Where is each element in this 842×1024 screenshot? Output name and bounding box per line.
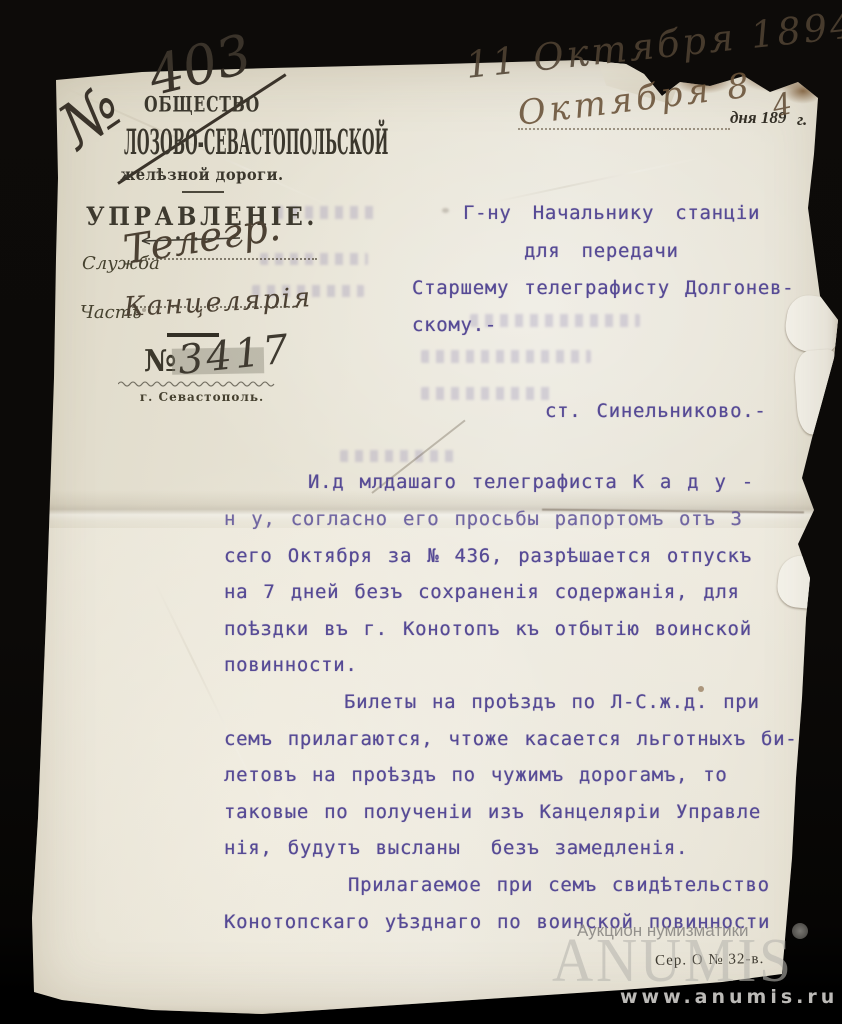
service-dotted-line [145, 258, 317, 260]
part-value-handwritten: Канцелярія [123, 282, 313, 323]
body-line: семъ прилагаются, чтоже касается льготны… [224, 728, 797, 750]
city-imprint: г. Севастополь. [52, 390, 352, 404]
bleedthrough-text [421, 350, 591, 363]
addressee-line: Г-ну Начальнику станціи [463, 202, 760, 224]
watermark-coin-icon [792, 923, 808, 939]
body-line: И.д млдашаго телеграфиста К а д у - [308, 471, 754, 493]
watermark-site-url: www.anumis.ru [620, 986, 838, 1008]
addressee-line: скому.- [412, 314, 497, 336]
org-name-line3: желѣзной дороги. [64, 165, 340, 184]
body-line: повинности. [224, 654, 358, 676]
body-line: н у, согласно его просьбы рапортомъ отъ … [224, 508, 743, 530]
wavy-rule [118, 380, 278, 388]
body-line: летовъ на проѣздъ по чужимъ дорогамъ, то [224, 764, 728, 786]
body-line: сего Октября за № 436, разрѣшается отпус… [224, 545, 752, 567]
org-name-line1: ОБЩЕСТВО [85, 91, 319, 116]
station-line: ст. Синельниково.- [545, 400, 767, 422]
body-line: поѣздки въ г. Конотопъ къ отбытію воинск… [224, 618, 752, 640]
letterhead: ОБЩЕСТВО ЛОЗОВО-СЕВАСТОПОЛЬСКОЙ желѣзной… [52, 90, 352, 420]
bleedthrough-text [340, 450, 460, 462]
date-handwritten: 11 Октября 1894 г [464, 0, 842, 87]
body-line: таковые по полученіи изъ Канцеляріи Упра… [224, 801, 761, 823]
body-line: на 7 дней безъ сохраненія содержанія, дл… [224, 581, 740, 603]
bleedthrough-text [421, 387, 551, 400]
body-line: Прилагаемое при семъ свидѣтельство [348, 874, 770, 896]
body-line: Билеты на проѣздъ по Л-С.ж.д. при [344, 691, 760, 713]
date-dotted-line [518, 128, 730, 130]
part-dotted-line [128, 306, 298, 308]
body-line: нія, будутъ высланы безъ замедленія. [224, 837, 688, 859]
addressee-line: для передачи [524, 240, 679, 262]
photo-background: № 403 ОБЩЕСТВО ЛОЗОВО-СЕВАСТОПОЛЬСКОЙ же… [0, 0, 842, 1024]
printed-year-suffix: г. [797, 110, 807, 130]
org-name-line2: ЛОЗОВО-СЕВАСТОПОЛЬСКОЙ [124, 122, 280, 162]
letterhead-divider [182, 191, 224, 193]
addressee-line: Старшему телеграфисту Долгонев- [412, 277, 794, 299]
